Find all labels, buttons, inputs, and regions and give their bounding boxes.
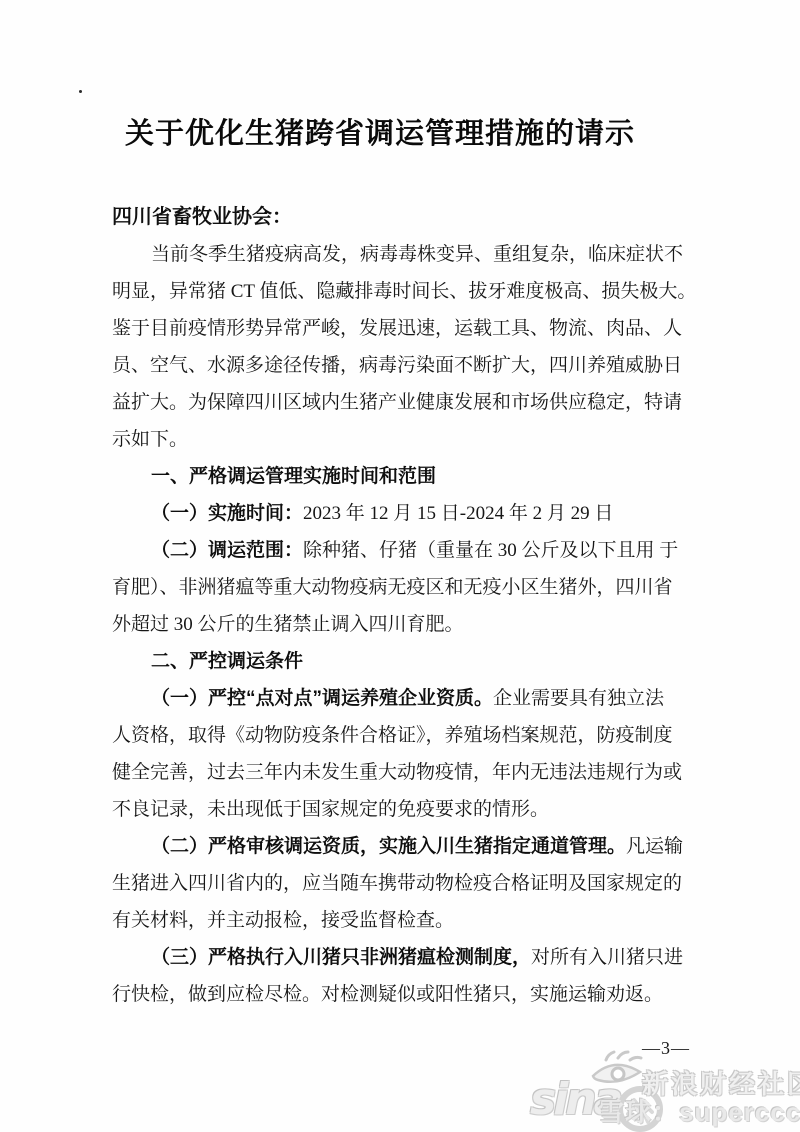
text-line: 行快检，做到应检尽检。对检测疑似或阳性猪只，实施运输劝返。 xyxy=(112,976,690,1013)
salutation: 四川省畜牧业协会： xyxy=(112,199,292,236)
sina-finance-watermark: sina 新浪财经社区 雪球：supercccc xyxy=(528,1048,800,1132)
text-line-body: 2023 年 12 月 15 日-2024 年 2 月 29 日 xyxy=(303,503,613,524)
text-line: 育肥）、非洲猪瘟等重大动物疫病无疫区和无疫小区生猪外，四川省 xyxy=(112,569,690,606)
text-line: （一）实施时间：2023 年 12 月 15 日-2024 年 2 月 29 日 xyxy=(112,495,690,532)
text-line: 明显，异常猪 CT 值低、隐藏排毒时间长、拔牙难度极高、损失极大。 xyxy=(112,273,690,310)
text-line-body: 不良记录，未出现低于国家规定的免疫要求的情形。 xyxy=(112,799,549,820)
text-line-body: 益扩大。为保障四川区域内生猪产业健康发展和市场供应稳定，特请 xyxy=(112,392,682,413)
text-line: 二、严控调运条件 xyxy=(112,643,690,680)
text-line: 员、空气、水源多途径传播，病毒污染面不断扩大，四川养殖威胁日 xyxy=(112,347,690,384)
text-line: （一）严控“点对点”调运养殖企业资质。企业需要具有独立法 xyxy=(112,680,690,717)
text-line-lead: （二）调运范围： xyxy=(151,540,303,561)
text-line-lead: 一、严格调运管理实施时间和范围 xyxy=(151,466,436,487)
page-number: —3— xyxy=(642,1036,690,1060)
text-line: 一、严格调运管理实施时间和范围 xyxy=(112,458,690,495)
document-body: 当前冬季生猪疫病高发，病毒毒株变异、重组复杂，临床症状不明显，异常猪 CT 值低… xyxy=(112,236,690,1013)
text-line-body: 育肥）、非洲猪瘟等重大动物疫病无疫区和无疫小区生猪外，四川省 xyxy=(112,577,673,598)
text-line-body: 明显，异常猪 CT 值低、隐藏排毒时间长、拔牙难度极高、损失极大。 xyxy=(112,281,696,302)
watermark-community-text: 新浪财经社区 xyxy=(642,1064,800,1101)
text-line-body: 企业需要具有独立法 xyxy=(493,688,664,709)
text-line: 益扩大。为保障四川区域内生猪产业健康发展和市场供应稳定，特请 xyxy=(112,384,690,421)
text-line-body: 生猪进入四川省内的，应当随车携带动物检疫合格证明及国家规定的 xyxy=(112,873,682,894)
text-line: 健全完善，过去三年内未发生重大动物疫情，年内无违法违规行为或 xyxy=(112,754,690,791)
text-line-lead: （一）严控“点对点”调运养殖企业资质。 xyxy=(151,688,493,709)
text-line-lead: （一）实施时间： xyxy=(151,503,303,524)
text-line: 生猪进入四川省内的，应当随车携带动物检疫合格证明及国家规定的 xyxy=(112,865,690,902)
text-line-body: 健全完善，过去三年内未发生重大动物疫情，年内无违法违规行为或 xyxy=(112,762,682,783)
text-line: （二）调运范围：除种猪、仔猪（重量在 30 公斤及以下且用 于 xyxy=(112,532,690,569)
text-line-body: 对所有入川猪只进 xyxy=(531,947,683,968)
xueqiu-snowball-icon xyxy=(614,1084,666,1132)
text-line: 鉴于目前疫情形势异常严峻，发展迅速，运载工具、物流、肉品、人 xyxy=(112,310,690,347)
text-line-lead: （三）严格执行入川猪只非洲猪瘟检测制度， xyxy=(151,947,531,968)
text-line-body: 有关材料，并主动报检，接受监督检查。 xyxy=(112,910,454,931)
text-line: 当前冬季生猪疫病高发，病毒毒株变异、重组复杂，临床症状不 xyxy=(112,236,690,273)
text-line-lead: 二、严控调运条件 xyxy=(151,651,303,672)
text-line: （二）严格审核调运资质，实施入川生猪指定通道管理。凡运输 xyxy=(112,828,690,865)
sina-logo-text: sina xyxy=(530,1074,620,1125)
text-line-body: 人资格，取得《动物防疫条件合格证》，养殖场档案规范，防疫制度 xyxy=(112,725,673,746)
scan-artifact-dot xyxy=(79,90,82,93)
text-line-body: 示如下。 xyxy=(112,429,188,450)
text-line-body: 鉴于目前疫情形势异常严峻，发展迅速，运载工具、物流、肉品、人 xyxy=(112,318,682,339)
text-line: 有关材料，并主动报检，接受监督检查。 xyxy=(112,902,690,939)
document-title: 关于优化生猪跨省调运管理措施的请示 xyxy=(20,111,740,152)
scanned-document-page: 关于优化生猪跨省调运管理措施的请示 四川省畜牧业协会： 当前冬季生猪疫病高发，病… xyxy=(0,0,800,1132)
text-line: 示如下。 xyxy=(112,421,690,458)
text-line-body: 凡运输 xyxy=(626,836,683,857)
text-line-body: 当前冬季生猪疫病高发，病毒毒株变异、重组复杂，临床症状不 xyxy=(151,244,683,265)
text-line: 不良记录，未出现低于国家规定的免疫要求的情形。 xyxy=(112,791,690,828)
text-line: （三）严格执行入川猪只非洲猪瘟检测制度，对所有入川猪只进 xyxy=(112,939,690,976)
text-line: 外超过 30 公斤的生猪禁止调入四川育肥。 xyxy=(112,606,690,643)
text-line-lead: （二）严格审核调运资质，实施入川生猪指定通道管理。 xyxy=(151,836,626,857)
text-line-body: 员、空气、水源多途径传播，病毒污染面不断扩大，四川养殖威胁日 xyxy=(112,355,682,376)
text-line: 人资格，取得《动物防疫条件合格证》，养殖场档案规范，防疫制度 xyxy=(112,717,690,754)
text-line-body: 行快检，做到应检尽检。对检测疑似或阳性猪只，实施运输劝返。 xyxy=(112,984,663,1005)
text-line-body: 除种猪、仔猪（重量在 30 公斤及以下且用 于 xyxy=(303,540,678,561)
text-line-body: 外超过 30 公斤的生猪禁止调入四川育肥。 xyxy=(112,614,464,635)
watermark-account-text: 雪球：supercccc xyxy=(598,1092,800,1129)
sina-eye-icon xyxy=(588,1050,646,1086)
